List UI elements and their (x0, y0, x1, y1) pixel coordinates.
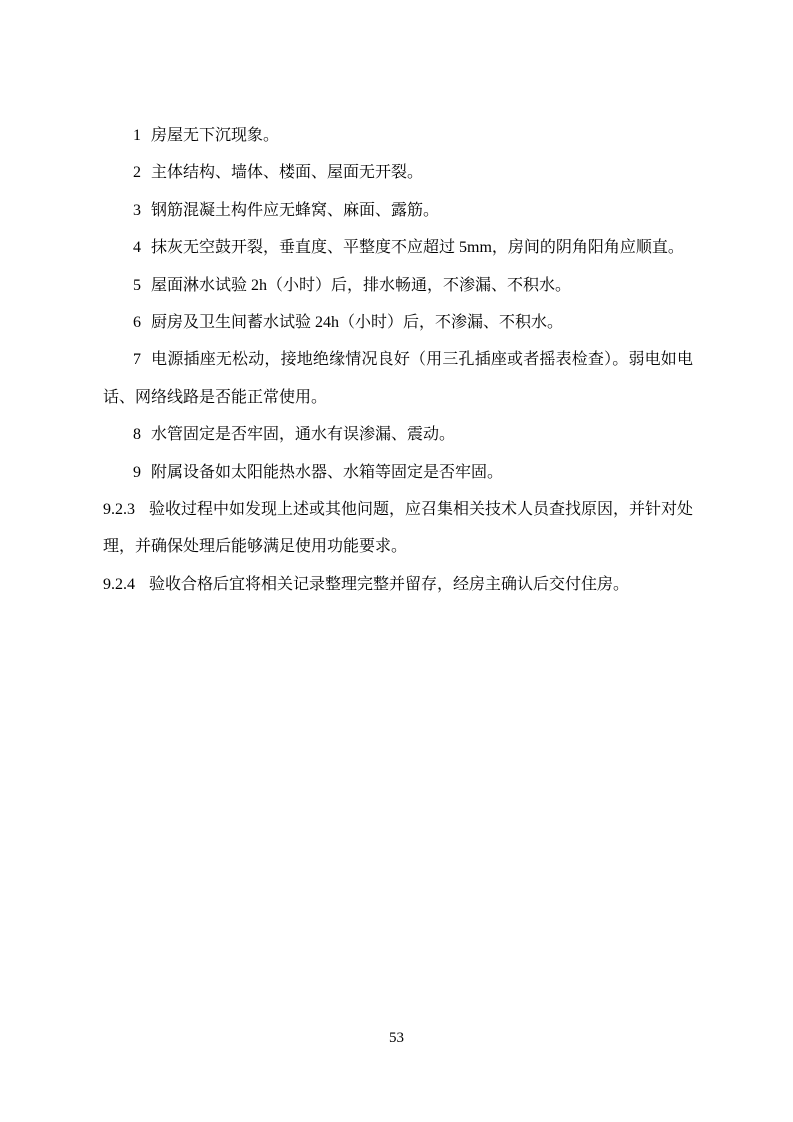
clause-9-2-3: 9.2.3验收过程中如发现上述或其他问题，应召集相关技术人员查找原因，并针对处理… (103, 491, 693, 566)
list-item-2: 2主体结构、墙体、楼面、屋面无开裂。 (103, 154, 693, 191)
item-number: 9 (133, 464, 141, 481)
clause-text: 验收合格后宜将相关记录整理完整并留存，经房主确认后交付住房。 (149, 576, 629, 593)
list-item-9: 9附属设备如太阳能热水器、水箱等固定是否牢固。 (103, 454, 693, 491)
item-number: 2 (133, 164, 141, 181)
item-text: 主体结构、墙体、楼面、屋面无开裂。 (151, 164, 423, 181)
item-text: 厨房及卫生间蓄水试验 24h（小时）后，不渗漏、不积水。 (151, 314, 563, 331)
clause-number: 9.2.3 (103, 501, 135, 518)
item-number: 8 (133, 426, 141, 443)
item-text: 房屋无下沉现象。 (151, 127, 279, 144)
list-item-5: 5屋面淋水试验 2h（小时）后，排水畅通，不渗漏、不积水。 (103, 267, 693, 304)
item-number: 4 (133, 239, 141, 256)
item-number: 3 (133, 202, 141, 219)
list-item-1: 1房屋无下沉现象。 (103, 117, 693, 154)
clause-9-2-4: 9.2.4验收合格后宜将相关记录整理完整并留存，经房主确认后交付住房。 (103, 566, 693, 603)
list-item-4: 4抹灰无空鼓开裂，垂直度、平整度不应超过 5mm，房间的阴角阳角应顺直。 (103, 229, 693, 266)
item-text: 屋面淋水试验 2h（小时）后，排水畅通，不渗漏、不积水。 (151, 277, 571, 294)
item-text: 钢筋混凝土构件应无蜂窝、麻面、露筋。 (151, 202, 439, 219)
item-text: 附属设备如太阳能热水器、水箱等固定是否牢固。 (151, 464, 503, 481)
list-item-8: 8水管固定是否牢固，通水有误渗漏、震动。 (103, 416, 693, 453)
list-item-7: 7电源插座无松动，接地绝缘情况良好（用三孔插座或者摇表检查）。弱电如电话、网络线… (103, 341, 693, 416)
item-number: 5 (133, 277, 141, 294)
item-text: 电源插座无松动，接地绝缘情况良好（用三孔插座或者摇表检查）。弱电如电话、网络线路… (103, 351, 693, 405)
page-number: 53 (0, 1028, 793, 1048)
clause-text: 验收过程中如发现上述或其他问题，应召集相关技术人员查找原因，并针对处理，并确保处… (103, 501, 693, 555)
list-item-3: 3钢筋混凝土构件应无蜂窝、麻面、露筋。 (103, 192, 693, 229)
item-number: 1 (133, 127, 141, 144)
item-text: 水管固定是否牢固，通水有误渗漏、震动。 (151, 426, 455, 443)
document-body: 1房屋无下沉现象。 2主体结构、墙体、楼面、屋面无开裂。 3钢筋混凝土构件应无蜂… (103, 117, 693, 603)
list-item-6: 6厨房及卫生间蓄水试验 24h（小时）后，不渗漏、不积水。 (103, 304, 693, 341)
document-page: 1房屋无下沉现象。 2主体结构、墙体、楼面、屋面无开裂。 3钢筋混凝土构件应无蜂… (0, 0, 793, 1122)
item-text: 抹灰无空鼓开裂，垂直度、平整度不应超过 5mm，房间的阴角阳角应顺直。 (151, 239, 684, 256)
item-number: 7 (133, 351, 141, 368)
item-number: 6 (133, 314, 141, 331)
clause-number: 9.2.4 (103, 576, 135, 593)
